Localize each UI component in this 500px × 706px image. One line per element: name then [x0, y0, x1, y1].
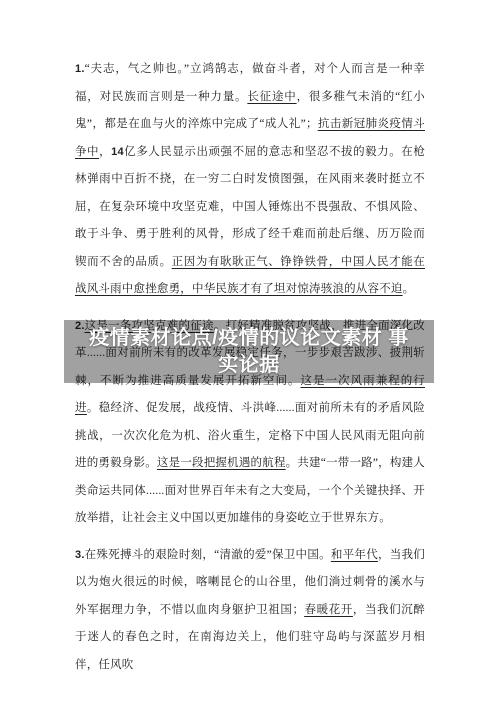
text-segment: 在殊死搏斗的艰险时刻，“清澈的爱”保卫中国。	[85, 549, 331, 561]
paragraph-number: 1.	[75, 63, 85, 75]
document-page: 1.“夫志，气之帅也。”立鸿鹄志，做奋斗者，对个人而言是一种幸福，对民族而言则是…	[0, 0, 500, 706]
underlined-phrase: 长征途中	[247, 91, 296, 103]
underlined-phrase: 春暖花开	[304, 604, 353, 616]
text-segment: ，	[99, 146, 111, 158]
page-title-line-2: 实论据	[218, 352, 280, 379]
title-overlay-banner: 疫情素材论点/疫情的议论文素材 事 实论据	[64, 320, 434, 383]
text-segment: 。	[403, 283, 415, 295]
paragraph-3: 3.在殊死搏斗的艰险时刻，“清澈的爱”保卫中国。和平年代，当我们以为炮火很远的时…	[75, 542, 425, 680]
paragraph-1: 1.“夫志，气之帅也。”立鸿鹄志，做奋斗者，对个人而言是一种幸福，对民族而言则是…	[75, 56, 425, 304]
underlined-phrase: 这是一段把握机遇的航程	[157, 457, 286, 469]
page-title-line-1: 疫情素材论点/疫情的议论文素材 事	[89, 325, 409, 352]
paragraph-number: 3.	[75, 549, 85, 561]
underlined-phrase: 和平年代	[331, 549, 378, 561]
bold-number: 14	[111, 146, 124, 158]
text-segment: 亿多人民显示出顽强不屈的意志和坚忍不拔的毅力。在枪林弹雨中百折不挠，在一穷二白时…	[75, 146, 425, 268]
